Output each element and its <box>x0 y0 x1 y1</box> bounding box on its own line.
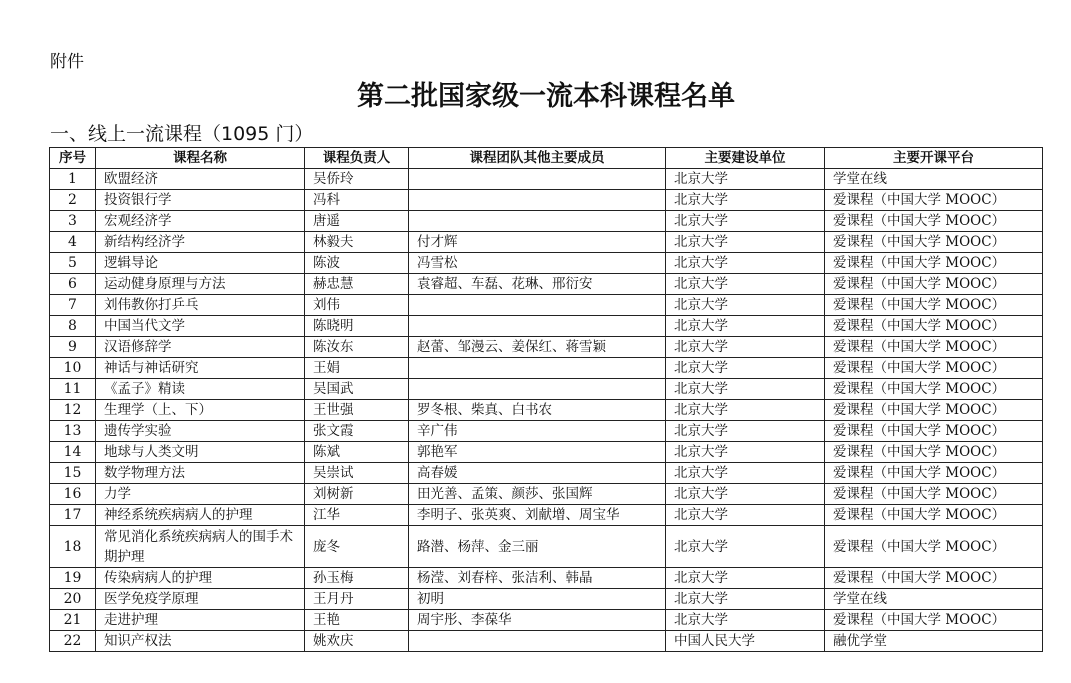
cell-course-name: 知识产权法 <box>96 631 305 652</box>
cell-course-name: 遗传学实验 <box>96 421 305 442</box>
cell-course-name: 逻辑导论 <box>96 253 305 274</box>
cell-platform: 爱课程（中国大学 MOOC） <box>825 610 1043 631</box>
cell-lead: 林毅夫 <box>305 232 409 253</box>
cell-members: 初明 <box>409 589 666 610</box>
cell-no: 3 <box>50 211 96 232</box>
table-row: 8中国当代文学陈晓明北京大学爱课程（中国大学 MOOC） <box>50 316 1043 337</box>
cell-course-name: 生理学（上、下） <box>96 400 305 421</box>
cell-no: 19 <box>50 568 96 589</box>
table-row: 1欧盟经济吴侨玲北京大学学堂在线 <box>50 169 1043 190</box>
cell-unit: 北京大学 <box>666 484 825 505</box>
cell-members: 田光善、孟策、颜莎、张国辉 <box>409 484 666 505</box>
cell-platform: 融优学堂 <box>825 631 1043 652</box>
cell-unit: 北京大学 <box>666 610 825 631</box>
table-row: 10神话与神话研究王娟北京大学爱课程（中国大学 MOOC） <box>50 358 1043 379</box>
cell-platform: 爱课程（中国大学 MOOC） <box>825 379 1043 400</box>
cell-unit: 北京大学 <box>666 379 825 400</box>
cell-members <box>409 379 666 400</box>
cell-course-name: 欧盟经济 <box>96 169 305 190</box>
cell-unit: 北京大学 <box>666 337 825 358</box>
cell-unit: 北京大学 <box>666 232 825 253</box>
cell-members: 高春媛 <box>409 463 666 484</box>
cell-lead: 王世强 <box>305 400 409 421</box>
cell-platform: 爱课程（中国大学 MOOC） <box>825 253 1043 274</box>
cell-no: 12 <box>50 400 96 421</box>
cell-lead: 吴侨玲 <box>305 169 409 190</box>
table-row: 3宏观经济学唐遥北京大学爱课程（中国大学 MOOC） <box>50 211 1043 232</box>
table-row: 6运动健身原理与方法赫忠慧袁睿超、车磊、花琳、邢衍安北京大学爱课程（中国大学 M… <box>50 274 1043 295</box>
header-lead: 课程负责人 <box>305 148 409 169</box>
cell-platform: 爱课程（中国大学 MOOC） <box>825 421 1043 442</box>
cell-lead: 唐遥 <box>305 211 409 232</box>
cell-members: 赵蕾、邹漫云、姜保红、蒋雪颖 <box>409 337 666 358</box>
cell-members: 冯雪松 <box>409 253 666 274</box>
cell-course-name: 力学 <box>96 484 305 505</box>
cell-lead: 姚欢庆 <box>305 631 409 652</box>
cell-course-name: 运动健身原理与方法 <box>96 274 305 295</box>
cell-no: 22 <box>50 631 96 652</box>
cell-platform: 爱课程（中国大学 MOOC） <box>825 358 1043 379</box>
cell-unit: 北京大学 <box>666 295 825 316</box>
table-row: 16力学刘树新田光善、孟策、颜莎、张国辉北京大学爱课程（中国大学 MOOC） <box>50 484 1043 505</box>
cell-course-name: 中国当代文学 <box>96 316 305 337</box>
cell-unit: 北京大学 <box>666 421 825 442</box>
cell-unit: 北京大学 <box>666 253 825 274</box>
cell-platform: 爱课程（中国大学 MOOC） <box>825 484 1043 505</box>
cell-platform: 爱课程（中国大学 MOOC） <box>825 211 1043 232</box>
table-row: 7刘伟教你打乒乓刘伟北京大学爱课程（中国大学 MOOC） <box>50 295 1043 316</box>
cell-members: 罗冬根、柴真、白书农 <box>409 400 666 421</box>
table-row: 20医学免疫学原理王月丹初明北京大学学堂在线 <box>50 589 1043 610</box>
cell-unit: 北京大学 <box>666 316 825 337</box>
table-header-row: 序号 课程名称 课程负责人 课程团队其他主要成员 主要建设单位 主要开课平台 <box>50 148 1043 169</box>
table-row: 2投资银行学冯科北京大学爱课程（中国大学 MOOC） <box>50 190 1043 211</box>
cell-course-name: 传染病病人的护理 <box>96 568 305 589</box>
table-row: 17神经系统疾病病人的护理江华李明子、张英爽、刘献增、周宝华北京大学爱课程（中国… <box>50 505 1043 526</box>
cell-no: 4 <box>50 232 96 253</box>
cell-course-name: 投资银行学 <box>96 190 305 211</box>
cell-platform: 爱课程（中国大学 MOOC） <box>825 337 1043 358</box>
table-row: 21走进护理王艳周宇彤、李葆华北京大学爱课程（中国大学 MOOC） <box>50 610 1043 631</box>
cell-platform: 爱课程（中国大学 MOOC） <box>825 295 1043 316</box>
table-row: 19传染病病人的护理孙玉梅杨滢、刘春梓、张洁利、韩晶北京大学爱课程（中国大学 M… <box>50 568 1043 589</box>
cell-course-name: 新结构经济学 <box>96 232 305 253</box>
cell-platform: 爱课程（中国大学 MOOC） <box>825 442 1043 463</box>
cell-no: 1 <box>50 169 96 190</box>
cell-no: 20 <box>50 589 96 610</box>
cell-platform: 爱课程（中国大学 MOOC） <box>825 400 1043 421</box>
cell-unit: 北京大学 <box>666 463 825 484</box>
cell-course-name: 走进护理 <box>96 610 305 631</box>
cell-platform: 爱课程（中国大学 MOOC） <box>825 568 1043 589</box>
cell-members: 袁睿超、车磊、花琳、邢衍安 <box>409 274 666 295</box>
cell-members <box>409 316 666 337</box>
cell-lead: 陈波 <box>305 253 409 274</box>
cell-members: 李明子、张英爽、刘献增、周宝华 <box>409 505 666 526</box>
header-unit: 主要建设单位 <box>666 148 825 169</box>
cell-lead: 吴崇试 <box>305 463 409 484</box>
table-row: 15数学物理方法吴崇试高春媛北京大学爱课程（中国大学 MOOC） <box>50 463 1043 484</box>
cell-course-name: 《孟子》精读 <box>96 379 305 400</box>
cell-platform: 爱课程（中国大学 MOOC） <box>825 316 1043 337</box>
cell-lead: 刘伟 <box>305 295 409 316</box>
cell-no: 17 <box>50 505 96 526</box>
cell-members <box>409 169 666 190</box>
cell-no: 10 <box>50 358 96 379</box>
cell-unit: 北京大学 <box>666 568 825 589</box>
section-heading: 一、线上一流课程（1095 门） <box>50 119 313 146</box>
table-row: 12生理学（上、下）王世强罗冬根、柴真、白书农北京大学爱课程（中国大学 MOOC… <box>50 400 1043 421</box>
cell-course-name: 数学物理方法 <box>96 463 305 484</box>
cell-lead: 陈斌 <box>305 442 409 463</box>
cell-unit: 北京大学 <box>666 358 825 379</box>
cell-no: 16 <box>50 484 96 505</box>
cell-platform: 学堂在线 <box>825 589 1043 610</box>
cell-members <box>409 211 666 232</box>
cell-no: 21 <box>50 610 96 631</box>
cell-unit: 北京大学 <box>666 589 825 610</box>
cell-members <box>409 190 666 211</box>
table-row: 4新结构经济学林毅夫付才辉北京大学爱课程（中国大学 MOOC） <box>50 232 1043 253</box>
cell-course-name: 刘伟教你打乒乓 <box>96 295 305 316</box>
cell-lead: 张文霞 <box>305 421 409 442</box>
cell-platform: 爱课程（中国大学 MOOC） <box>825 526 1043 568</box>
cell-unit: 北京大学 <box>666 169 825 190</box>
cell-lead: 王娟 <box>305 358 409 379</box>
cell-platform: 学堂在线 <box>825 169 1043 190</box>
header-platform: 主要开课平台 <box>825 148 1043 169</box>
table-row: 18常见消化系统疾病病人的围手术期护理庞冬路潜、杨萍、金三丽北京大学爱课程（中国… <box>50 526 1043 568</box>
cell-members: 杨滢、刘春梓、张洁利、韩晶 <box>409 568 666 589</box>
cell-unit: 中国人民大学 <box>666 631 825 652</box>
cell-no: 15 <box>50 463 96 484</box>
table-row: 14地球与人类文明陈斌郭艳军北京大学爱课程（中国大学 MOOC） <box>50 442 1043 463</box>
cell-lead: 冯科 <box>305 190 409 211</box>
table-row: 5逻辑导论陈波冯雪松北京大学爱课程（中国大学 MOOC） <box>50 253 1043 274</box>
cell-no: 9 <box>50 337 96 358</box>
cell-course-name: 医学免疫学原理 <box>96 589 305 610</box>
cell-unit: 北京大学 <box>666 442 825 463</box>
cell-unit: 北京大学 <box>666 190 825 211</box>
cell-lead: 庞冬 <box>305 526 409 568</box>
cell-platform: 爱课程（中国大学 MOOC） <box>825 232 1043 253</box>
cell-no: 14 <box>50 442 96 463</box>
header-members: 课程团队其他主要成员 <box>409 148 666 169</box>
cell-lead: 陈汝东 <box>305 337 409 358</box>
table-row: 11《孟子》精读吴国武北京大学爱课程（中国大学 MOOC） <box>50 379 1043 400</box>
cell-members <box>409 295 666 316</box>
cell-members: 辛广伟 <box>409 421 666 442</box>
cell-members: 路潜、杨萍、金三丽 <box>409 526 666 568</box>
cell-members <box>409 631 666 652</box>
table-row: 9汉语修辞学陈汝东赵蕾、邹漫云、姜保红、蒋雪颖北京大学爱课程（中国大学 MOOC… <box>50 337 1043 358</box>
table-row: 13遗传学实验张文霞辛广伟北京大学爱课程（中国大学 MOOC） <box>50 421 1043 442</box>
cell-platform: 爱课程（中国大学 MOOC） <box>825 505 1043 526</box>
document-title: 第二批国家级一流本科课程名单 <box>0 74 1071 113</box>
cell-lead: 王艳 <box>305 610 409 631</box>
cell-lead: 刘树新 <box>305 484 409 505</box>
cell-platform: 爱课程（中国大学 MOOC） <box>825 463 1043 484</box>
cell-no: 6 <box>50 274 96 295</box>
cell-course-name: 宏观经济学 <box>96 211 305 232</box>
cell-no: 5 <box>50 253 96 274</box>
cell-no: 13 <box>50 421 96 442</box>
cell-lead: 王月丹 <box>305 589 409 610</box>
cell-no: 2 <box>50 190 96 211</box>
cell-unit: 北京大学 <box>666 274 825 295</box>
cell-lead: 陈晓明 <box>305 316 409 337</box>
cell-no: 18 <box>50 526 96 568</box>
course-table: 序号 课程名称 课程负责人 课程团队其他主要成员 主要建设单位 主要开课平台 1… <box>49 147 1043 652</box>
cell-no: 11 <box>50 379 96 400</box>
cell-unit: 北京大学 <box>666 526 825 568</box>
cell-members: 郭艳军 <box>409 442 666 463</box>
cell-lead: 赫忠慧 <box>305 274 409 295</box>
cell-platform: 爱课程（中国大学 MOOC） <box>825 274 1043 295</box>
cell-members <box>409 358 666 379</box>
cell-course-name: 地球与人类文明 <box>96 442 305 463</box>
cell-lead: 孙玉梅 <box>305 568 409 589</box>
table-row: 22知识产权法姚欢庆中国人民大学融优学堂 <box>50 631 1043 652</box>
cell-no: 7 <box>50 295 96 316</box>
cell-unit: 北京大学 <box>666 400 825 421</box>
cell-course-name: 常见消化系统疾病病人的围手术期护理 <box>96 526 305 568</box>
cell-platform: 爱课程（中国大学 MOOC） <box>825 190 1043 211</box>
cell-lead: 吴国武 <box>305 379 409 400</box>
cell-members: 周宇彤、李葆华 <box>409 610 666 631</box>
cell-course-name: 神经系统疾病病人的护理 <box>96 505 305 526</box>
cell-lead: 江华 <box>305 505 409 526</box>
cell-course-name: 汉语修辞学 <box>96 337 305 358</box>
cell-unit: 北京大学 <box>666 211 825 232</box>
cell-members: 付才辉 <box>409 232 666 253</box>
header-no: 序号 <box>50 148 96 169</box>
header-course-name: 课程名称 <box>96 148 305 169</box>
cell-no: 8 <box>50 316 96 337</box>
cell-course-name: 神话与神话研究 <box>96 358 305 379</box>
cell-unit: 北京大学 <box>666 505 825 526</box>
attachment-label: 附件 <box>50 47 84 72</box>
